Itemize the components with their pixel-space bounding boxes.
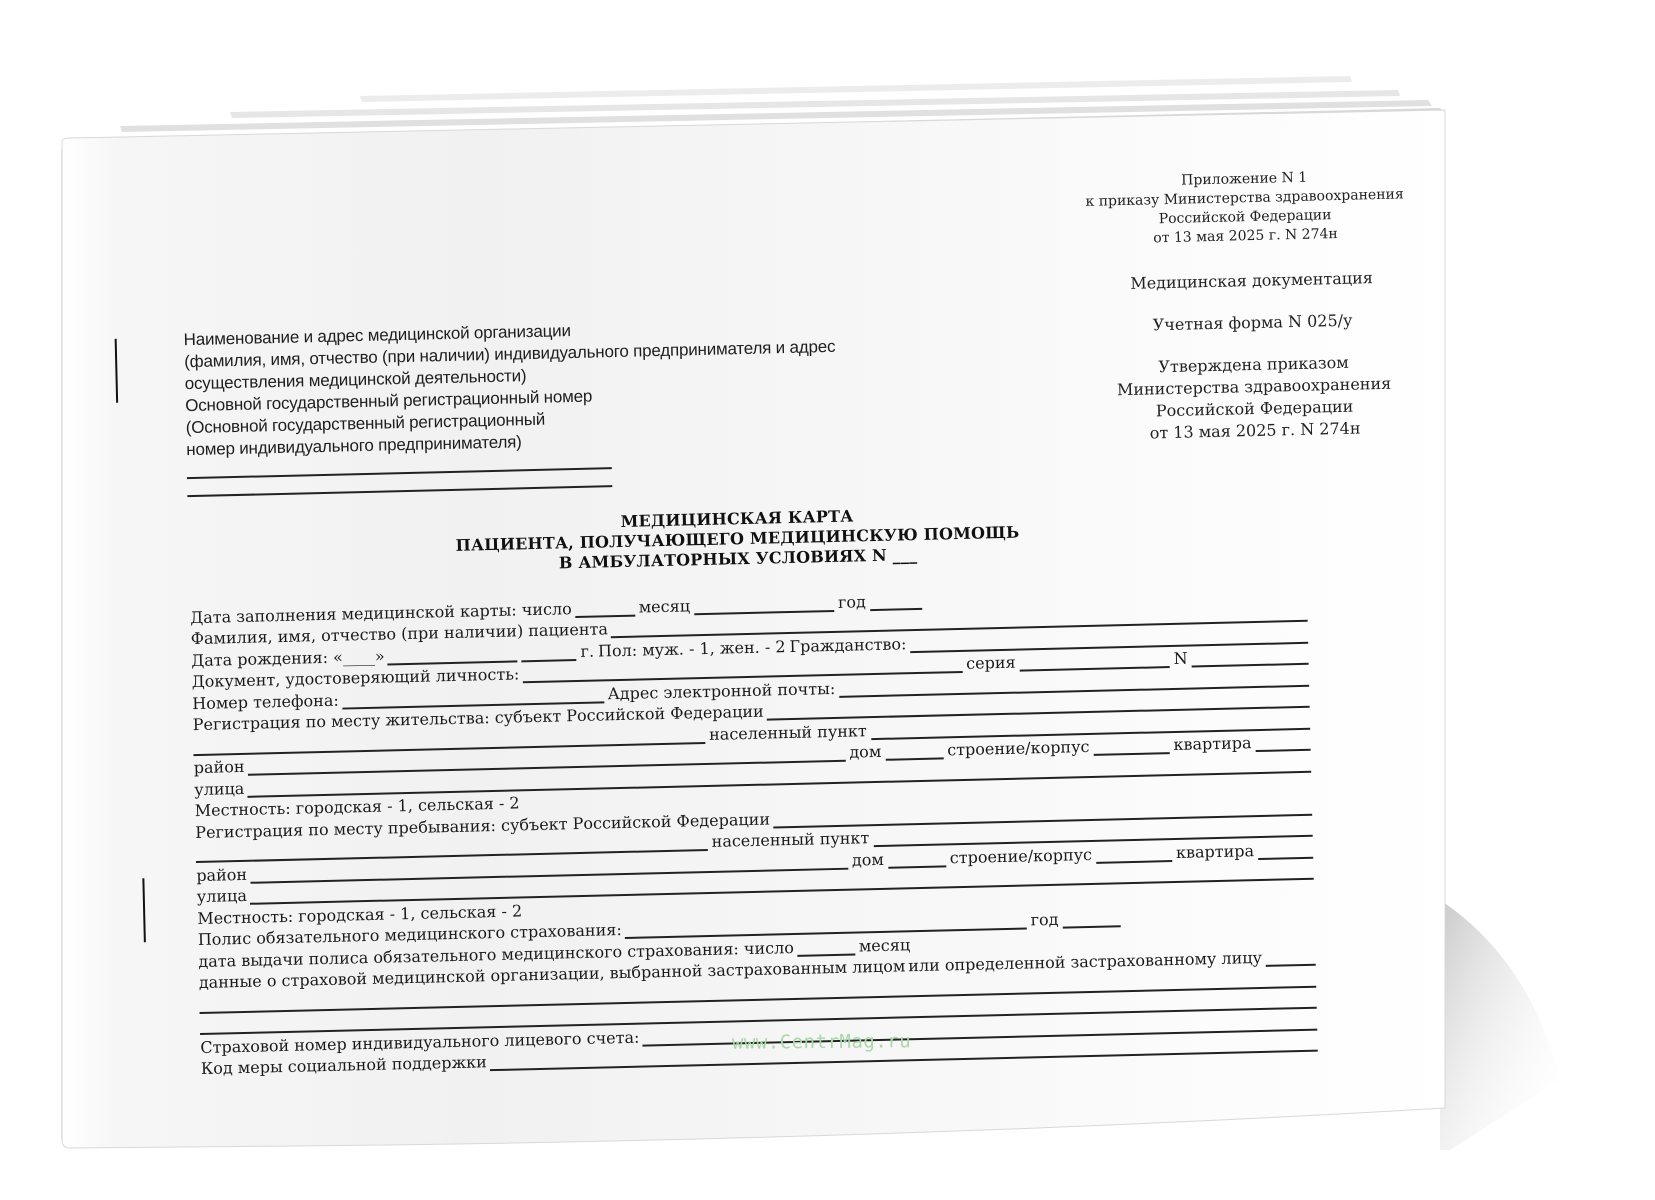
approval-header: Приложение N 1 к приказу Министерства зд… xyxy=(1074,166,1416,250)
staple-top xyxy=(115,339,119,403)
oms-year-field[interactable] xyxy=(1062,911,1120,928)
patient-form: Дата заполнения медицинской карты: число… xyxy=(190,579,1321,1078)
birth-month-field[interactable] xyxy=(387,646,517,665)
form-info-block: Медицинская документация Учетная форма N… xyxy=(1081,266,1425,446)
residence-house-field[interactable] xyxy=(885,743,943,760)
fill-day-field[interactable] xyxy=(575,600,635,617)
id-number-field[interactable] xyxy=(1191,649,1308,668)
staple-bottom xyxy=(142,878,146,942)
oms-issue-day-field[interactable] xyxy=(797,939,855,956)
fill-month-field[interactable] xyxy=(694,595,834,614)
stay-apartment-field[interactable] xyxy=(1258,842,1313,859)
organization-block: Наименование и адрес медицинской организ… xyxy=(183,312,907,497)
stay-house-field[interactable] xyxy=(888,851,946,868)
watermark: www.CentrMag.ru xyxy=(732,1030,911,1054)
residence-building-field[interactable] xyxy=(1093,738,1169,756)
document-title: МЕДИЦИНСКАЯ КАРТА ПАЦИЕНТА, ПОЛУЧАЮЩЕГО … xyxy=(412,502,1063,577)
insurer-field[interactable] xyxy=(1266,950,1316,967)
fill-year-field[interactable] xyxy=(870,593,922,610)
residence-apartment-field[interactable] xyxy=(1255,735,1310,752)
birth-year-field[interactable] xyxy=(521,645,576,662)
stay-building-field[interactable] xyxy=(1096,846,1172,864)
form-cover: Приложение N 1 к приказу Министерства зд… xyxy=(62,67,1479,1140)
